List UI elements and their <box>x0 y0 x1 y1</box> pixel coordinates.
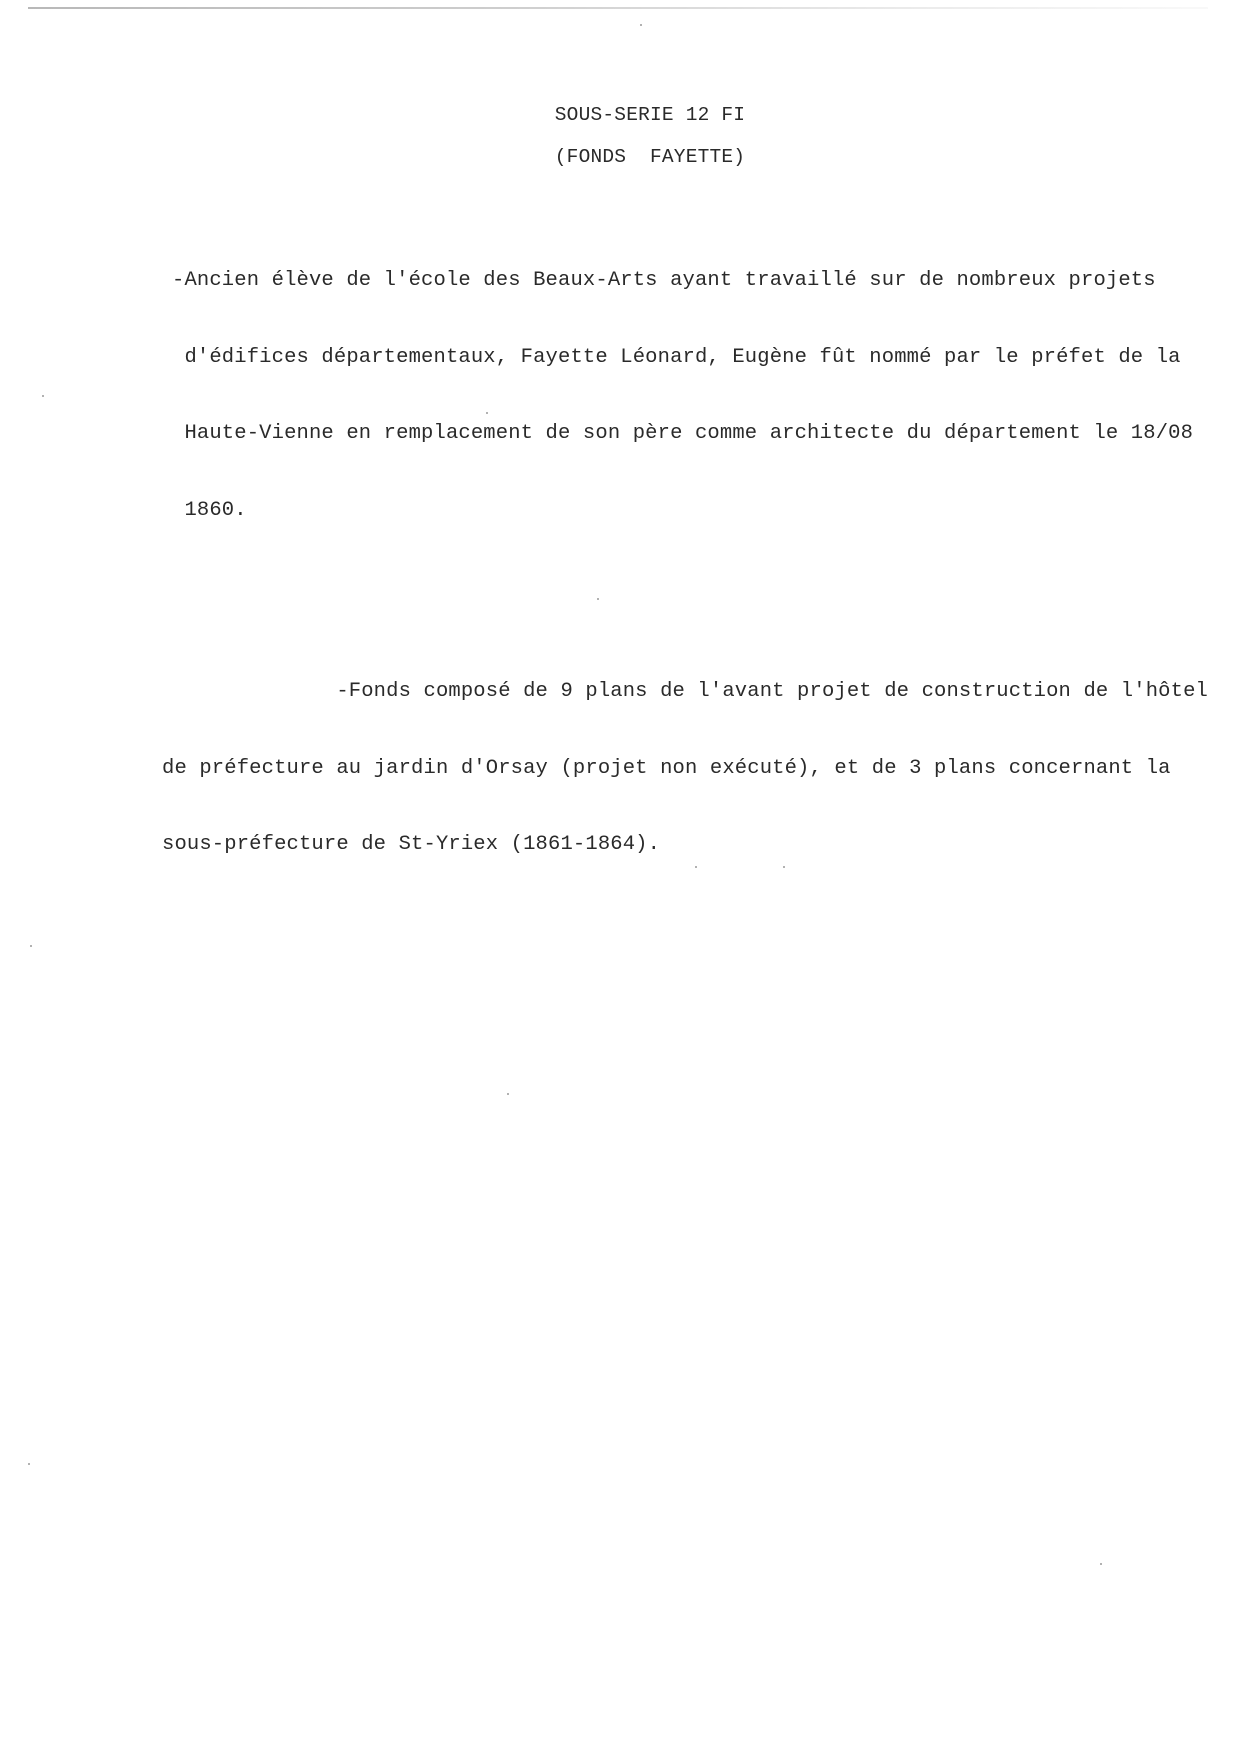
scan-speck <box>640 24 642 26</box>
scan-speck <box>507 1093 509 1095</box>
text-line: sous-préfecture de St-Yriex (1861-1864). <box>162 832 1208 858</box>
document-subtitle: (FONDS FAYETTE) <box>0 146 1239 168</box>
scan-speck <box>783 866 785 868</box>
text-line: -Fonds composé de 9 plans de l'avant pro… <box>162 679 1208 705</box>
scan-speck <box>28 1463 30 1465</box>
text-line: d'édifices départementaux, Fayette Léona… <box>172 345 1193 371</box>
text-line: Haute-Vienne en remplacement de son père… <box>172 421 1193 447</box>
fonds-description-paragraph: -Fonds composé de 9 plans de l'avant pro… <box>162 628 1208 883</box>
scan-speck <box>597 598 599 600</box>
scan-speck <box>1100 1563 1102 1565</box>
biography-paragraph: -Ancien élève de l'école des Beaux-Arts … <box>172 217 1193 549</box>
scan-speck <box>42 395 44 397</box>
document-title: SOUS-SERIE 12 FI <box>0 104 1239 126</box>
scan-speck <box>30 945 32 947</box>
scan-edge-artifact <box>28 7 1208 9</box>
scan-speck <box>695 866 697 868</box>
scan-speck <box>486 412 488 414</box>
text-line: 1860. <box>172 498 1193 524</box>
text-line: de préfecture au jardin d'Orsay (projet … <box>162 756 1208 782</box>
text-line: -Ancien élève de l'école des Beaux-Arts … <box>172 268 1193 294</box>
